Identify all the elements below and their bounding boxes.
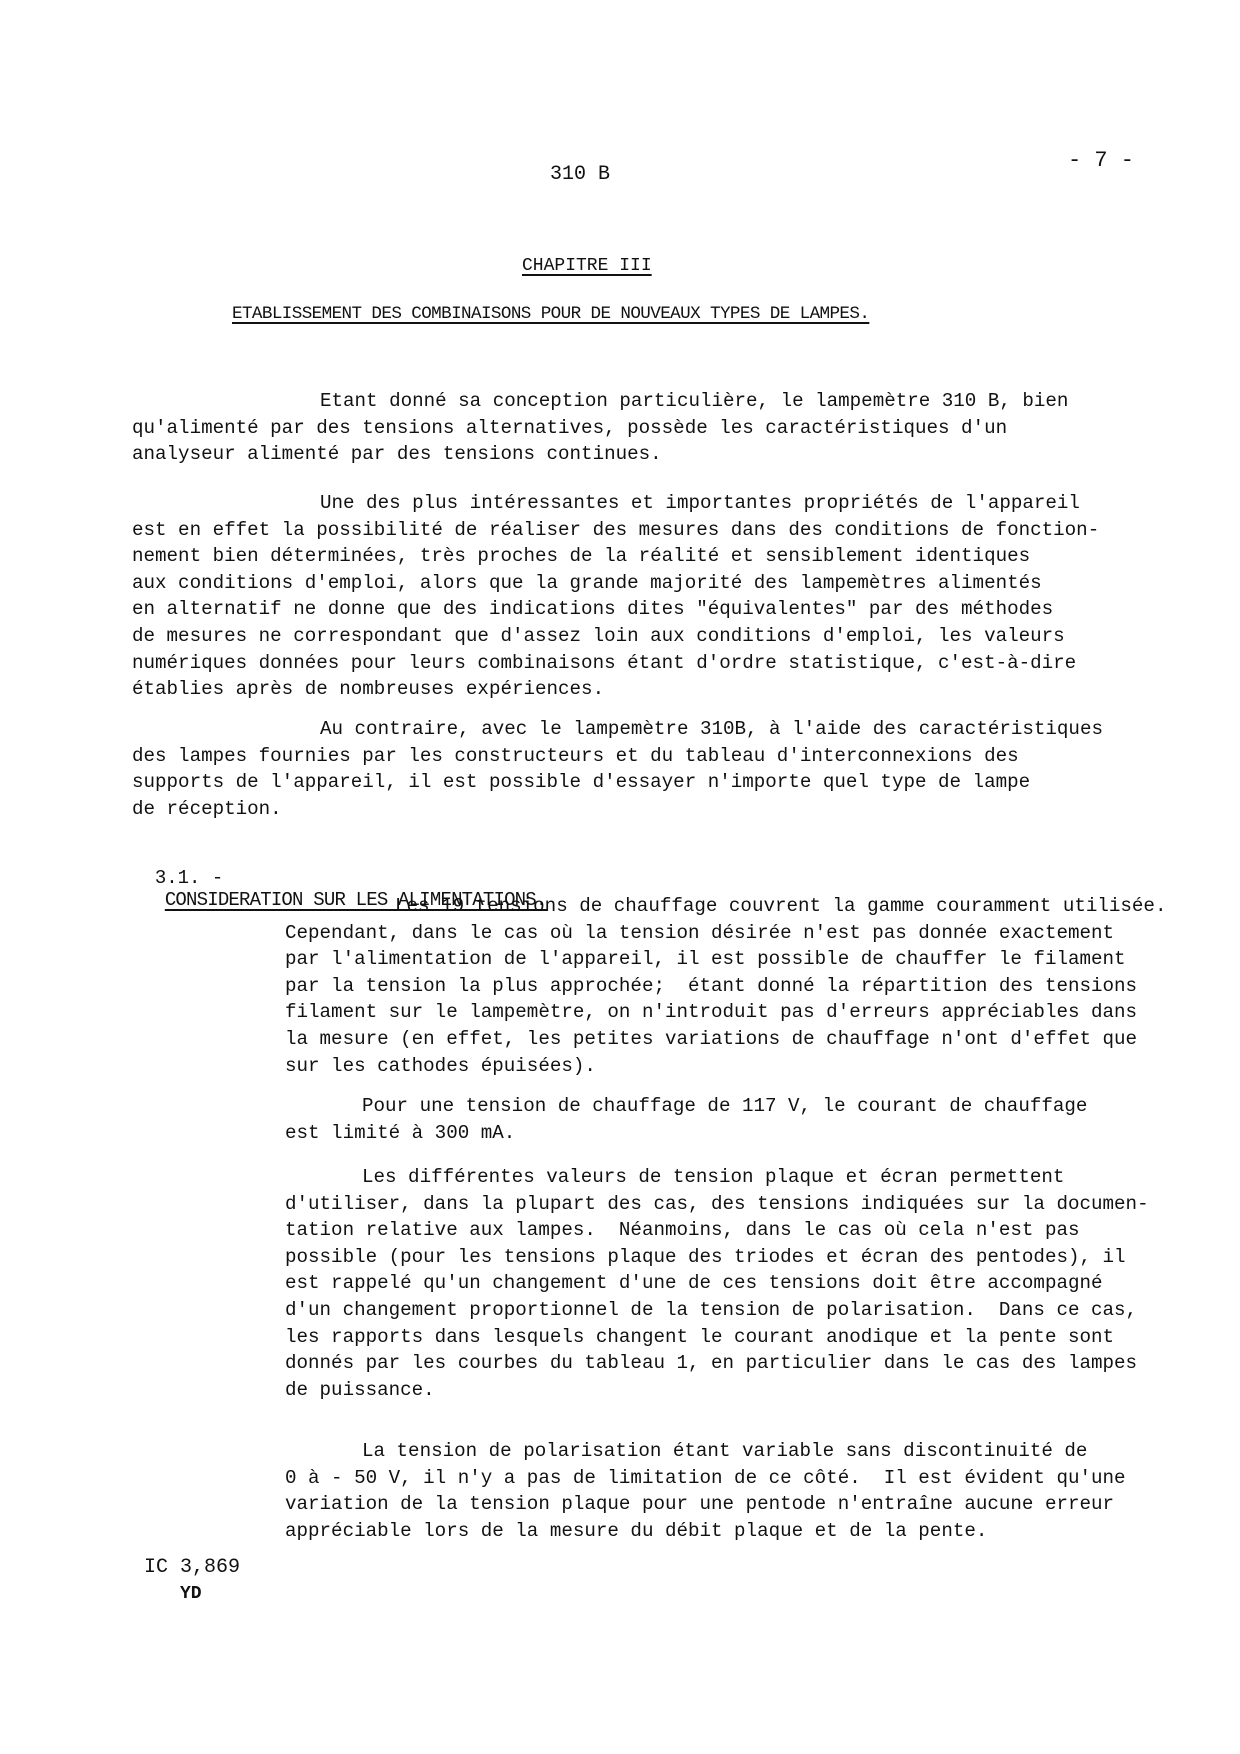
paragraph-line: Au contraire, avec le lampemètre 310B, à…: [132, 716, 1103, 743]
intro-paragraph-2: Une des plus intéressantes et importante…: [132, 490, 1099, 703]
chapter-subtitle: ETABLISSEMENT DES COMBINAISONS POUR DE N…: [232, 304, 869, 324]
intro-paragraph-1: Etant donné sa conception particulière, …: [132, 388, 1068, 468]
paragraph-line: est en effet la possibilité de réaliser …: [132, 517, 1099, 544]
paragraph-line: qu'alimenté par des tensions alternative…: [132, 415, 1068, 442]
paragraph-line: Une des plus intéressantes et importante…: [132, 490, 1099, 517]
paragraph-line: établies après de nombreuses expériences…: [132, 676, 1099, 703]
paragraph-line: La tension de polarisation étant variabl…: [285, 1438, 1126, 1465]
paragraph-line: de mesures ne correspondant que d'assez …: [132, 623, 1099, 650]
paragraph-line: donnés par les courbes du tableau 1, en …: [285, 1350, 1149, 1377]
paragraph-line: tation relative aux lampes. Néanmoins, d…: [285, 1217, 1149, 1244]
paragraph-line: appréciable lors de la mesure du débit p…: [285, 1518, 1126, 1545]
paragraph-line: Cependant, dans le cas où la tension dés…: [285, 920, 1166, 947]
paragraph-line: de réception.: [132, 796, 1103, 823]
document-model-label: 310 B: [550, 163, 610, 186]
typist-initials: YD: [180, 1584, 202, 1604]
paragraph-line: 0 à - 50 V, il n'y a pas de limitation d…: [285, 1465, 1126, 1492]
document-reference: IC 3,869: [144, 1556, 240, 1579]
paragraph-line: la mesure (en effet, les petites variati…: [285, 1026, 1166, 1053]
paragraph-line: en alternatif ne donne que des indicatio…: [132, 596, 1099, 623]
page-number: - 7 -: [1068, 148, 1134, 173]
paragraph-line: par l'alimentation de l'appareil, il est…: [285, 946, 1166, 973]
paragraph-line: est rappelé qu'un changement d'une de ce…: [285, 1270, 1149, 1297]
paragraph-line: Etant donné sa conception particulière, …: [132, 388, 1068, 415]
paragraph-line: aux conditions d'emploi, alors que la gr…: [132, 570, 1099, 597]
paragraph-line: est limité à 300 mA.: [285, 1120, 1087, 1147]
paragraph-line: d'utiliser, dans la plupart des cas, des…: [285, 1191, 1149, 1218]
paragraph-line: variation de la tension plaque pour une …: [285, 1491, 1126, 1518]
paragraph-line: par la tension la plus approchée; étant …: [285, 973, 1166, 1000]
paragraph-line: sur les cathodes épuisées).: [285, 1053, 1166, 1080]
paragraph-line: Les différentes valeurs de tension plaqu…: [285, 1164, 1149, 1191]
paragraph-line: de puissance.: [285, 1377, 1149, 1404]
paragraph-line: d'un changement proportionnel de la tens…: [285, 1297, 1149, 1324]
paragraph-line: numériques données pour leurs combinaiso…: [132, 650, 1099, 677]
paragraph-line: Pour une tension de chauffage de 117 V, …: [285, 1093, 1087, 1120]
paragraph-line: analyseur alimenté par des tensions cont…: [132, 441, 1068, 468]
section-paragraph-3: Les différentes valeurs de tension plaqu…: [285, 1164, 1149, 1403]
paragraph-line: nement bien déterminées, très proches de…: [132, 543, 1099, 570]
section-paragraph-1: Les 19 tensions de chauffage couvrent la…: [285, 893, 1166, 1079]
intro-paragraph-3: Au contraire, avec le lampemètre 310B, à…: [132, 716, 1103, 822]
paragraph-line: possible (pour les tensions plaque des t…: [285, 1244, 1149, 1271]
section-paragraph-4: La tension de polarisation étant variabl…: [285, 1438, 1126, 1544]
paragraph-line: les rapports dans lesquels changent le c…: [285, 1324, 1149, 1351]
section-paragraph-2: Pour une tension de chauffage de 117 V, …: [285, 1093, 1087, 1146]
section-number: 3.1. -: [155, 867, 223, 889]
paragraph-line: filament sur le lampemètre, on n'introdu…: [285, 999, 1166, 1026]
paragraph-line: Les 19 tensions de chauffage couvrent la…: [285, 893, 1166, 920]
chapter-title: CHAPITRE III: [522, 256, 652, 276]
paragraph-line: supports de l'appareil, il est possible …: [132, 769, 1103, 796]
paragraph-line: des lampes fournies par les constructeur…: [132, 743, 1103, 770]
